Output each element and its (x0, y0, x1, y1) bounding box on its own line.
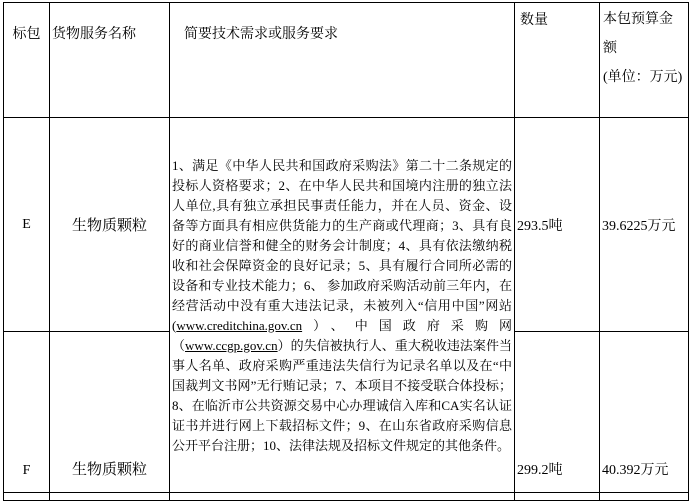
header-goods-service-name: 货物服务名称 (50, 3, 170, 118)
requirements-part3: ）的失信被执行人、重大税收违法案件当事人名单、政府采购严重违法失信行为记录名单以… (172, 338, 512, 453)
empty-cell (600, 493, 689, 501)
goods-name-f: 生物质颗粒 (50, 332, 170, 493)
package-id-f: F (4, 332, 50, 493)
empty-cell (50, 493, 170, 501)
procurement-packages-table: 标包 货物服务名称 简要技术需求或服务要求 数量 本包预算金额 (单位：万元) … (3, 2, 689, 501)
quantity-f: 299.2吨 (515, 332, 600, 493)
header-package-label: 标包 (4, 3, 50, 118)
table-header-row: 标包 货物服务名称 简要技术需求或服务要求 数量 本包预算金额 (单位：万元) (4, 3, 689, 118)
header-quantity: 数量 (515, 3, 600, 118)
budget-e: 39.6225万元 (600, 118, 689, 332)
empty-cell (515, 493, 600, 501)
header-technical-requirements: 简要技术需求或服务要求 (170, 3, 515, 118)
header-package-budget: 本包预算金额 (单位：万元) (600, 3, 689, 118)
package-id-e: E (4, 118, 50, 332)
ccgp-url: www.ccgp.gov.cn (185, 338, 278, 353)
empty-cell (170, 493, 515, 501)
header-budget-unit: (单位：万元) (603, 63, 686, 92)
budget-f: 40.392万元 (600, 332, 689, 493)
requirements-part1: 1、满足《中华人民共和国政府采购法》第二十二条规定的投标人资格要求；2、在中华人… (172, 158, 512, 333)
header-budget-title: 本包预算金额 (603, 5, 686, 63)
table-row-cutoff (4, 493, 689, 501)
empty-cell (4, 493, 50, 501)
quantity-e: 293.5吨 (515, 118, 600, 332)
table-row-package-e: E 生物质颗粒 1、满足《中华人民共和国政府采购法》第二十二条规定的投标人资格要… (4, 118, 689, 332)
goods-name-e: 生物质颗粒 (50, 118, 170, 332)
requirements-text-cell: 1、满足《中华人民共和国政府采购法》第二十二条规定的投标人资格要求；2、在中华人… (170, 118, 515, 493)
creditchina-url: www.creditchina.gov.cn (176, 318, 302, 333)
